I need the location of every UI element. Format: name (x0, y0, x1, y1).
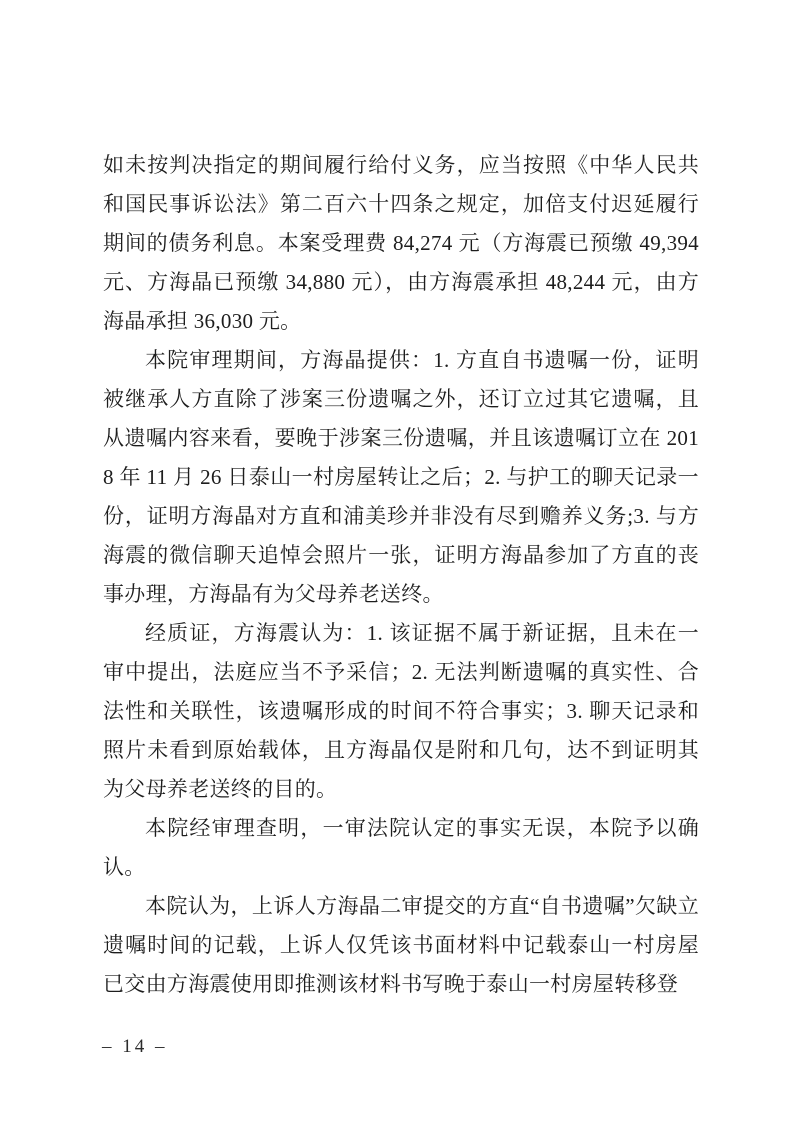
paragraph-evidence-submitted: 本院审理期间，方海晶提供：1. 方直自书遗嘱一份，证明被继承人方直除了涉案三份遗… (103, 341, 699, 614)
paragraph-cross-examination: 经质证，方海震认为：1. 该证据不属于新证据，且未在一审中提出，法庭应当不予采信… (103, 614, 699, 809)
document-page: 如未按判决指定的期间履行给付义务，应当按照《中华人民共和国民事诉讼法》第二百六十… (0, 0, 800, 1131)
paragraph-court-opinion: 本院认为，上诉人方海晶二审提交的方直“自书遗嘱”欠缺立遗嘱时间的记载，上诉人仅凭… (103, 887, 699, 1004)
page-footer: – 14 – (102, 1036, 168, 1058)
page-number: – 14 – (102, 1036, 168, 1057)
judgment-text-block: 如未按判决指定的期间履行给付义务，应当按照《中华人民共和国民事诉讼法》第二百六十… (103, 146, 699, 1004)
paragraph-facts-confirmed: 本院经审理查明，一审法院认定的事实无误，本院予以确认。 (103, 809, 699, 887)
paragraph-continuation: 如未按判决指定的期间履行给付义务，应当按照《中华人民共和国民事诉讼法》第二百六十… (103, 146, 699, 341)
